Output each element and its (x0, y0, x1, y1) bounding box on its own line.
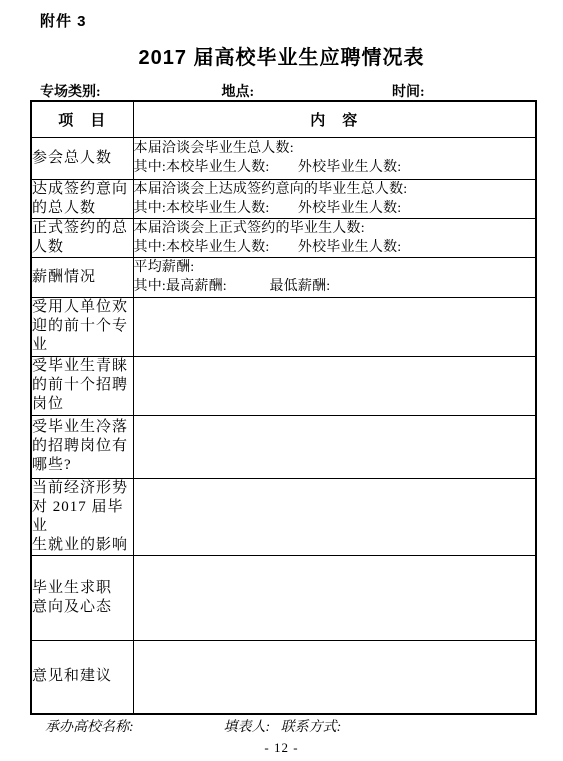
host-school-label: 承办高校名称: (45, 716, 220, 736)
item-label: 毕业生求职 意向及心态 (31, 555, 133, 640)
item-label: 参会总人数 (31, 137, 133, 179)
content-cell (133, 555, 536, 640)
content-cell (133, 640, 536, 714)
page-title: 2017 届高校毕业生应聘情况表 (0, 41, 563, 70)
content-cell (133, 415, 536, 478)
table-row: 毕业生求职 意向及心态 (31, 555, 536, 640)
item-label: 意见和建议 (31, 640, 133, 714)
table-row: 薪酬情况平均薪酬: 其中:最高薪酬: 最低薪酬: (31, 257, 536, 297)
content-cell: 本届洽谈会上正式签约的毕业生人数: 其中:本校毕业生人数: 外校毕业生人数: (133, 218, 536, 257)
content-cell: 本届洽谈会上达成签约意向的毕业生总人数: 其中:本校毕业生人数: 外校毕业生人数… (133, 179, 536, 218)
content-cell: 本届洽谈会毕业生总人数: 其中:本校毕业生人数: 外校毕业生人数: (133, 137, 536, 179)
content-cell: 平均薪酬: 其中:最高薪酬: 最低薪酬: (133, 257, 536, 297)
recruitment-status-table: 项 目 内 容 参会总人数本届洽谈会毕业生总人数: 其中:本校毕业生人数: 外校… (30, 100, 537, 715)
table-row: 受毕业生青睐 的前十个招聘 岗位 (31, 356, 536, 415)
table-row: 参会总人数本届洽谈会毕业生总人数: 其中:本校毕业生人数: 外校毕业生人数: (31, 137, 536, 179)
item-label: 受用人单位欢 迎的前十个专 业 (31, 297, 133, 356)
table-row: 达成签约意向 的总人数本届洽谈会上达成签约意向的毕业生总人数: 其中:本校毕业生… (31, 179, 536, 218)
table-row: 受用人单位欢 迎的前十个专 业 (31, 297, 536, 356)
header-item-column: 项 目 (31, 101, 133, 137)
item-label: 当前经济形势 对 2017 届毕业 生就业的影响 (31, 478, 133, 555)
table-row: 当前经济形势 对 2017 届毕业 生就业的影响 (31, 478, 536, 555)
content-cell (133, 356, 536, 415)
table-header-row: 项 目 内 容 (31, 101, 536, 137)
content-cell (133, 297, 536, 356)
meta-row: 专场类别: 地点: 时间: (40, 81, 425, 101)
item-label: 正式签约的总 人数 (31, 218, 133, 257)
session-category-label: 专场类别: (40, 81, 218, 101)
table-row: 意见和建议 (31, 640, 536, 714)
table-row: 正式签约的总 人数本届洽谈会上正式签约的毕业生人数: 其中:本校毕业生人数: 外… (31, 218, 536, 257)
item-label: 薪酬情况 (31, 257, 133, 297)
table-row: 受毕业生冷落 的招聘岗位有 哪些? (31, 415, 536, 478)
page-number: - 12 - (0, 740, 563, 756)
item-label: 达成签约意向 的总人数 (31, 179, 133, 218)
item-label: 受毕业生青睐 的前十个招聘 岗位 (31, 356, 133, 415)
time-label: 时间: (392, 85, 425, 100)
item-label: 受毕业生冷落 的招聘岗位有 哪些? (31, 415, 133, 478)
form-filler-label: 填表人: (224, 720, 271, 735)
contact-method-label: 联系方式: (281, 720, 342, 735)
attachment-label: 附件 3 (40, 10, 87, 31)
content-cell (133, 478, 536, 555)
document-page: 附件 3 2017 届高校毕业生应聘情况表 专场类别: 地点: 时间: 项 目 … (0, 0, 563, 761)
header-content-column: 内 容 (133, 101, 536, 137)
footer-row: 承办高校名称: 填表人: 联系方式: (45, 716, 341, 736)
location-label: 地点: (222, 81, 389, 101)
